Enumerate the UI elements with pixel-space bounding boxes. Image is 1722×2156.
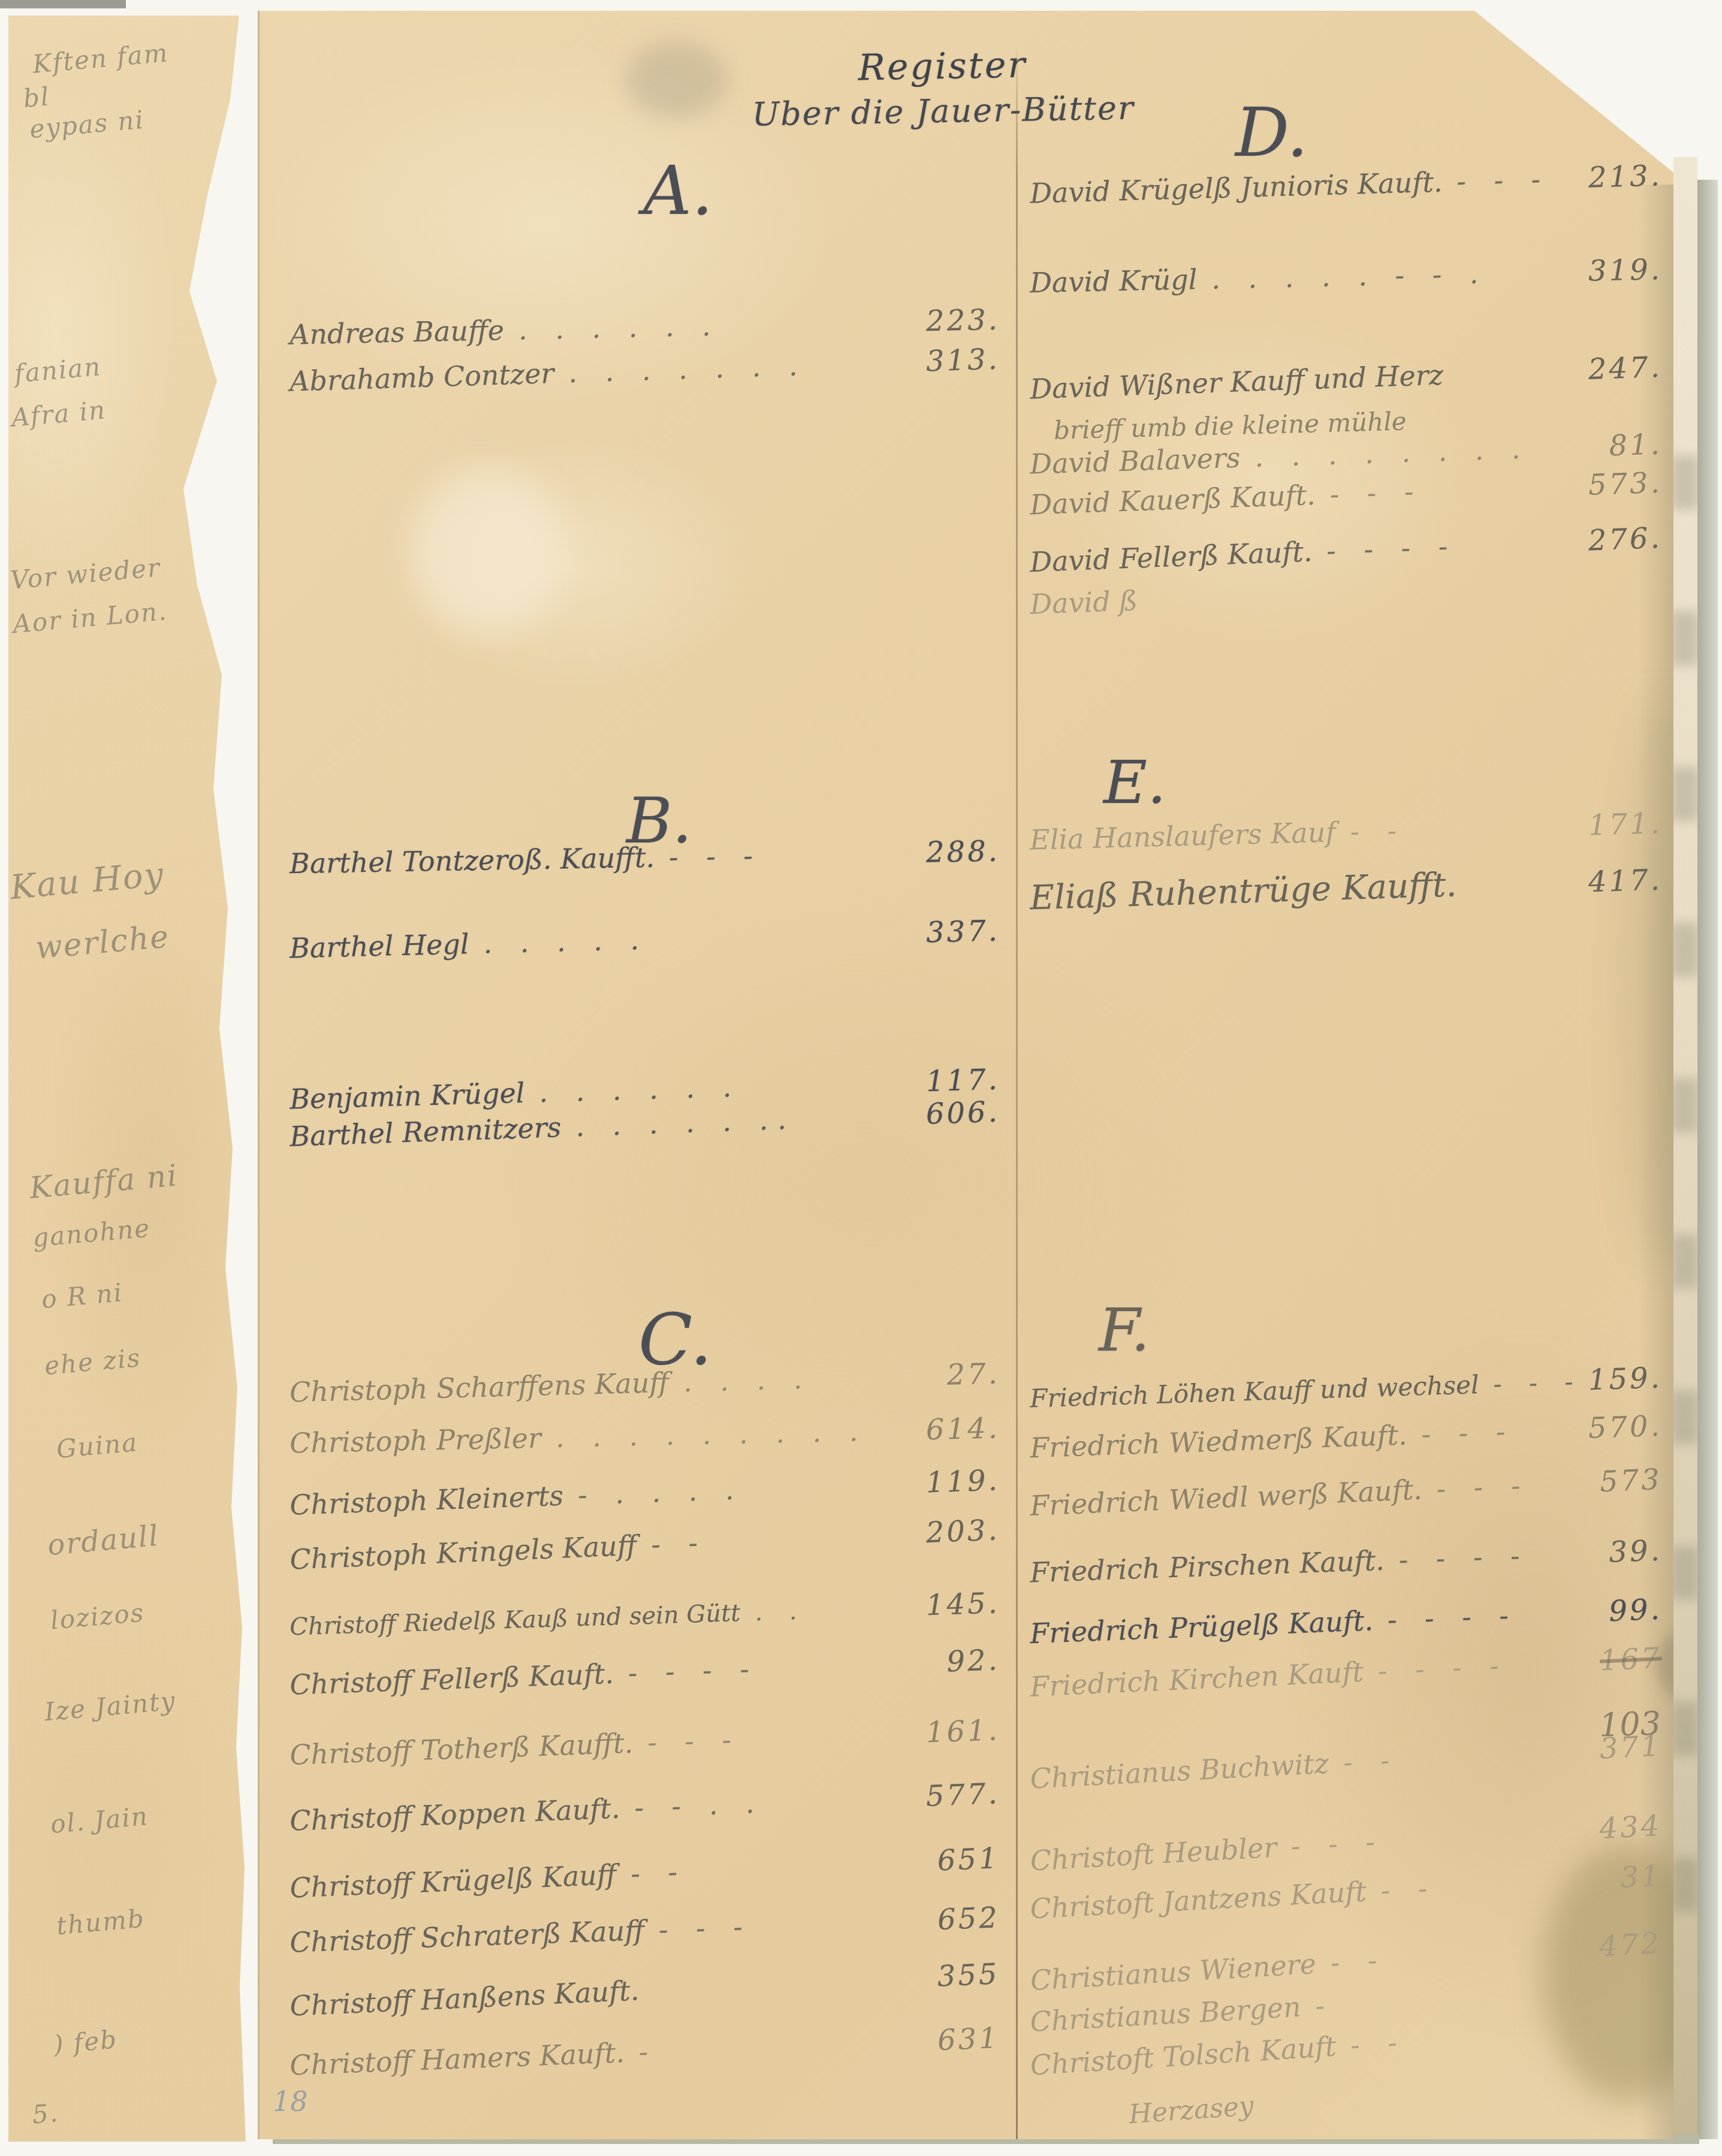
margin-fragment: Kauffa ni xyxy=(28,1158,179,1205)
entry-page-number: 117. xyxy=(925,1062,1000,1098)
section-letter-a: A. xyxy=(643,158,713,225)
entry-page-number: 213. xyxy=(1588,159,1662,194)
entry-name: Christoff Krügelß Kauff xyxy=(289,1858,617,1904)
manuscript-page: Register Uber die Jauer-Bütter A. Andrea… xyxy=(258,11,1699,2139)
page-marker: 18 xyxy=(273,2085,308,2118)
entry-name: David Wißner Kauff und Herz xyxy=(1029,358,1443,405)
entry-name: David Balavers xyxy=(1029,442,1241,481)
worn-patch xyxy=(409,466,565,634)
entry-leader: - xyxy=(624,2024,938,2069)
entry-leader: . . . . . xyxy=(469,917,927,961)
section-letter-d: D. xyxy=(1235,99,1308,167)
margin-fragment: werlche xyxy=(34,919,171,966)
entry-page-number: 573 xyxy=(1599,1463,1663,1499)
register-entry: Andreas Bauffe . . . . . . 223. xyxy=(289,303,1000,352)
register-entry: Christianus Buchwitz - - 371 xyxy=(1029,1729,1662,1795)
entry-leader: - - xyxy=(1328,1733,1600,1780)
entry-page-number: 145. xyxy=(925,1586,1000,1622)
section-letter-e: E. xyxy=(1103,753,1166,813)
entry-page-number: 652 xyxy=(937,1901,1000,1937)
register-entry: Friedrich Wiedmerß Kauft. - - - 570. xyxy=(1029,1409,1662,1465)
entry-name: David Krügelß Junioris Kauft. xyxy=(1029,166,1443,210)
title-line-1: Register xyxy=(672,41,1213,92)
entry-name: Abrahamb Contzer xyxy=(289,357,554,398)
page-title: Register Uber die Jauer-Bütter xyxy=(672,41,1213,135)
register-entry: Christoph Kringels Kauff - - 203. xyxy=(289,1513,1000,1577)
register-entry: Christoph Kleinerts - . . . . 119. xyxy=(289,1463,1000,1521)
entry-leader: - - xyxy=(636,1517,927,1561)
entry-leader: - - - - xyxy=(1373,1595,1610,1636)
entry-page-number: 27. xyxy=(946,1357,1000,1391)
register-entry: Friedrich Pirschen Kauft. - - - - 39. xyxy=(1029,1534,1662,1590)
register-entry: Abrahamb Contzer . . . . . . . 313. xyxy=(289,342,1000,398)
entry-page-number: 577. xyxy=(925,1777,1000,1813)
entry-page-number: 159. xyxy=(1588,1361,1663,1397)
register-entry: Christoff Fellerß Kauft. - - - - 92. xyxy=(289,1643,1000,1701)
register-entry: Barthel Tontzeroß. Kaufft. - - - 288. xyxy=(289,835,1000,881)
entry-leader: - - xyxy=(1335,2021,1486,2062)
entry-page-number: 614. xyxy=(925,1412,1000,1447)
entry-leader: - - xyxy=(1335,809,1589,848)
entry-leader: - - xyxy=(616,1845,938,1891)
entry-page-number: 39. xyxy=(1608,1534,1662,1569)
entry-page-number: 171. xyxy=(1588,807,1662,842)
entry-leader: . . . . . . xyxy=(503,305,926,346)
scan-edge-sliver xyxy=(0,0,126,8)
margin-fragment: ehe zis xyxy=(43,1343,142,1381)
entry-page-number: 288. xyxy=(926,835,1000,869)
entry-page-number: 371 xyxy=(1599,1729,1662,1765)
entry-name: Christoph Scharffens Kauff xyxy=(289,1366,669,1409)
entry-name: Christianus Buchwitz xyxy=(1029,1747,1329,1795)
margin-fragment: Ize Jainty xyxy=(43,1686,177,1727)
register-entry: David Krügelß Junioris Kauft. - - - 213. xyxy=(1029,159,1662,210)
entry-page-number: 92. xyxy=(946,1643,1000,1678)
entry-page-number: 570. xyxy=(1588,1409,1663,1445)
entry-leader: - - - xyxy=(1479,1366,1589,1399)
register-entry: Barthel Hegl . . . . . 337. xyxy=(289,914,1000,965)
entry-page-number: 472 xyxy=(1599,1926,1663,1964)
torn-page-edge: Kften fam bl eypas ni fanian Afra in Vor… xyxy=(8,16,247,2142)
register-entry: Christoff Koppen Kauft. - - . . 577. xyxy=(289,1777,1000,1837)
margin-fragment: ordaull xyxy=(46,1519,161,1562)
entry-page-number: 99. xyxy=(1608,1593,1662,1628)
entry-page-number: 276. xyxy=(1588,521,1663,558)
section-letter-c: C. xyxy=(638,1304,713,1375)
entry-leader: . . . . xyxy=(668,1359,947,1399)
entry-leader: - - - - xyxy=(613,1645,948,1689)
entry-page-number: 337. xyxy=(925,914,1000,950)
entry-name: David Kauerß Kauft. xyxy=(1029,479,1316,521)
entry-page-number: 119. xyxy=(925,1463,1000,1499)
register-entry: David Krügl . . . . . - - . 319. xyxy=(1030,253,1663,300)
entry-leader: - - - xyxy=(1442,162,1589,198)
entry-page-number: 203. xyxy=(925,1513,1000,1550)
entry-leader: - - - - xyxy=(1384,1536,1610,1577)
entry-page-number-struck: 167 xyxy=(1599,1641,1663,1678)
entry-name: Christoph Kringels Kauff xyxy=(289,1529,637,1576)
entry-leader: - - - xyxy=(1421,1466,1600,1505)
entry-page-number: 434 xyxy=(1599,1809,1663,1846)
register-entry: Christoff Hanßens Kauft. 355 xyxy=(289,1957,1000,2023)
margin-fragment: Aor in Lon. xyxy=(11,596,168,639)
entry-page-number: 319. xyxy=(1588,253,1662,288)
entry-leader: . . . . . . . . . xyxy=(541,1414,926,1454)
entry-name: Christoff Fellerß Kauft. xyxy=(289,1657,614,1701)
entry-leader: . . . . . - - . xyxy=(1197,255,1589,296)
entry-name: Christoff Totherß Kaufft. xyxy=(289,1727,634,1771)
margin-fragment: Kften fam xyxy=(31,38,170,79)
section-letter-f: F. xyxy=(1099,1300,1150,1360)
entry-leader: - - xyxy=(1315,1931,1600,1980)
entry-name: Benjamin Krügel xyxy=(289,1077,525,1116)
entry-leader xyxy=(640,1986,938,2000)
margin-fragment: ol. Jain xyxy=(49,1801,149,1839)
entry-name: Barthel Hegl xyxy=(289,928,470,964)
entry-name: Christianus Bergen xyxy=(1029,1991,1302,2038)
entry-leader: - - - xyxy=(1275,1813,1600,1863)
entry-leader xyxy=(1138,592,1663,611)
register-entry: Christianus Wienere - - 472 xyxy=(1029,1926,1662,1997)
entry-leader: . . . . . . . xyxy=(554,345,927,389)
margin-fragment: Guina xyxy=(55,1427,139,1464)
entry-name: Christoff Riedelß Kauß und sein Gütt xyxy=(289,1599,741,1641)
entry-name: Christoft Heubler xyxy=(1029,1831,1277,1877)
margin-fragment: o R ni xyxy=(40,1278,124,1314)
register-entry: Friedrich Löhen Kauff und wechsel - - - … xyxy=(1029,1361,1662,1414)
entry-name: David Krügl xyxy=(1030,263,1198,299)
entry-name: Friedrich Wiedl werß Kauft. xyxy=(1029,1473,1422,1522)
entry-name: David ß xyxy=(1029,584,1138,620)
entry-name: Friedrich Wiedmerß Kauft. xyxy=(1029,1418,1407,1464)
entry-leader: - - - xyxy=(644,1904,938,1946)
entry-leader xyxy=(1443,379,1588,384)
entry-name: Christoff Hamers Kauft. xyxy=(289,2036,625,2081)
register-entry: Friedrich Kirchen Kauft - - - - 167 xyxy=(1029,1641,1662,1704)
register-entry: Eliaß Ruhentrüge Kaufft. 417. xyxy=(1029,859,1663,917)
margin-fragment: fanian xyxy=(13,352,102,388)
register-entry: David Wißner Kauff und Herz 247. xyxy=(1029,351,1662,406)
entry-page-number: 247. xyxy=(1588,351,1663,386)
entry-page-number: 31 xyxy=(1620,1859,1663,1895)
entry-name: Christianus Wienere xyxy=(1029,1947,1317,1997)
book-edge-band xyxy=(1697,180,1718,2139)
entry-name: Christoft Jantzens Kauft xyxy=(1029,1875,1367,1925)
entry-leader: - - - xyxy=(655,837,927,874)
entry-name: Friedrich Löhen Kauff und wechsel xyxy=(1030,1370,1480,1414)
entry-name: Elia Hanslaufers Kauf xyxy=(1029,816,1336,856)
entry-leader: - xyxy=(1300,1980,1486,2023)
entry-leader: - - - xyxy=(1315,469,1589,511)
entry-page-number: 573. xyxy=(1588,466,1663,502)
entry-leader: - - - - xyxy=(1311,524,1589,567)
margin-fragment: thumb xyxy=(55,1904,146,1941)
entry-page-number: 606. xyxy=(925,1095,1000,1131)
entry-name: Christoph Preßler xyxy=(289,1422,542,1460)
entry-name: Christoft Tolsch Kauft xyxy=(1029,2030,1337,2082)
entry-name: Friedrich Pirschen Kauft. xyxy=(1029,1544,1385,1589)
margin-fragment: bl xyxy=(22,81,51,113)
entry-leader: - - - xyxy=(632,1717,927,1759)
entry-leader: - - xyxy=(1365,1862,1621,1907)
title-line-2: Uber die Jauer-Bütter xyxy=(673,87,1213,135)
entry-name: David Fellerß Kauft. xyxy=(1029,535,1313,578)
register-entry: Friedrich Wiedl werß Kauft. - - - 573 xyxy=(1029,1463,1662,1523)
entry-name: Friedrich Prügelß Kauft. xyxy=(1029,1604,1373,1650)
entry-leader xyxy=(1457,892,1589,896)
entry-page-number: 417. xyxy=(1588,863,1663,899)
entry-name: Eliaß Ruhentrüge Kaufft. xyxy=(1029,865,1457,917)
register-entry: Christoph Preßler . . . . . . . . . 614. xyxy=(289,1412,1000,1460)
scanned-manuscript: { "document": { "title_line1": "Register… xyxy=(0,0,1722,2156)
margin-fragment: lozizos xyxy=(49,1598,146,1635)
register-entry: Christoff Totherß Kaufft. - - - 161. xyxy=(289,1713,1000,1771)
entry-page-number: 313. xyxy=(925,342,1000,378)
entry-name: Christoff Schraterß Kauff xyxy=(289,1914,644,1959)
margin-fragment: Vor wieder xyxy=(9,552,162,595)
entry-name: Herzasey xyxy=(1128,2091,1254,2130)
entry-name: Christoff Hanßens Kauft. xyxy=(289,1974,640,2022)
entry-leader: - . . . . xyxy=(563,1467,927,1512)
entry-name: Christoff Koppen Kauft. xyxy=(289,1792,620,1837)
margin-fragment: 5. xyxy=(31,2098,60,2130)
entry-page-number: 355 xyxy=(937,1957,1000,1994)
entry-name: Barthel Remnitzers xyxy=(289,1111,562,1153)
register-entry: Friedrich Prügelß Kauft. - - - - 99. xyxy=(1029,1593,1662,1650)
entry-page-number: 81. xyxy=(1609,427,1663,463)
entry-leader: - - - xyxy=(1407,1412,1589,1451)
margin-fragment: ganohne xyxy=(31,1213,152,1252)
margin-fragment: ) feb xyxy=(52,2024,119,2059)
margin-fragment: Kau Hoy xyxy=(9,855,166,907)
margin-fragment: Afra in xyxy=(10,395,107,433)
register-entry: Christoff Riedelß Kauß und sein Gütt . .… xyxy=(289,1586,1000,1642)
entry-name: Barthel Tontzeroß. Kaufft. xyxy=(289,841,655,880)
entry-name: Andreas Bauffe xyxy=(289,314,505,351)
register-entry: Christoff Schraterß Kauff - - - 652 xyxy=(289,1901,1000,1959)
entry-name: Friedrich Kirchen Kauft xyxy=(1029,1656,1364,1703)
register-entry: Herzasey xyxy=(1128,2079,1429,2130)
register-entry: Christoff Krügelß Kauff - - 651 xyxy=(289,1841,1000,1905)
entry-leader: - - . . xyxy=(619,1780,927,1825)
entry-page-number: 223. xyxy=(925,303,1000,339)
entry-leader: . . xyxy=(740,1593,927,1627)
entry-name: Christoph Kleinerts xyxy=(289,1479,564,1521)
column-divider-rule xyxy=(1016,49,1018,2139)
page-edge-smudge xyxy=(1671,455,1699,1953)
register-entry: Christoff Hamers Kauft. - 631 xyxy=(289,2021,1000,2082)
entry-page-number: 631 xyxy=(937,2021,1000,2057)
entry-page-number: 651 xyxy=(937,1841,1000,1877)
entry-page-number: 161. xyxy=(925,1713,1000,1749)
entry-leader: - - - - xyxy=(1363,1645,1601,1688)
